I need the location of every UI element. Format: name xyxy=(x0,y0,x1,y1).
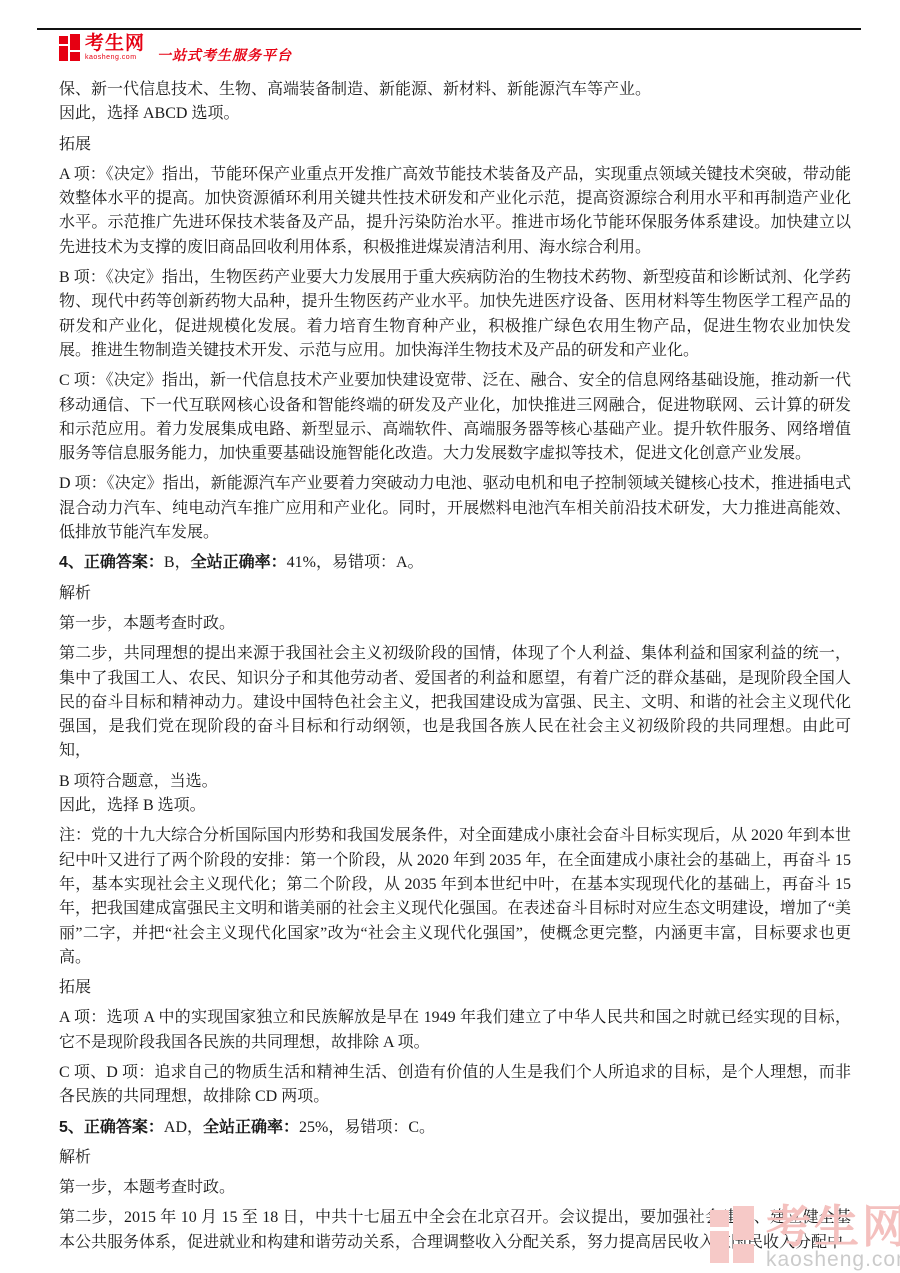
q4-selected-line: B 项符合题意，当选。 xyxy=(59,770,851,794)
q3-option-a-paragraph: A 项：《决定》指出，节能环保产业重点开发推广高效节能技术装备及产品，实现重点领… xyxy=(59,163,851,260)
brand-domain: kaosheng.com xyxy=(85,54,145,62)
q3-conclusion-line: 因此，选择 ABCD 选项。 xyxy=(59,102,851,126)
watermark: 考生网 kaosheng.com xyxy=(710,1206,900,1271)
q4-note-paragraph: 注：党的十九大综合分析国际国内形势和我国发展条件，对全面建成小康社会奋斗目标实现… xyxy=(59,824,851,970)
brand-block: 考生网 kaosheng.com xyxy=(85,34,145,62)
q4-expand-cd-paragraph: C 项、D 项：追求自己的物质生活和精神生活、创造有价值的人生是我们个人所追求的… xyxy=(59,1061,851,1110)
kaosheng-logo-icon xyxy=(59,34,80,61)
q5-analysis-label: 解析 xyxy=(59,1146,851,1170)
watermark-text-block: 考生网 kaosheng.com xyxy=(766,1206,900,1271)
q4-step2-paragraph: 第二步，共同理想的提出来源于我国社会主义初级阶段的国情，体现了个人利益、集体利益… xyxy=(59,642,851,763)
q5-step1-paragraph: 第一步，本题考查时政。 xyxy=(59,1176,851,1200)
q4-answer-label: 4、正确答案： xyxy=(59,554,164,571)
q4-answer-value: B， xyxy=(164,554,191,571)
kaosheng-watermark-logo-icon xyxy=(710,1206,756,1263)
brand-tagline: 一站式考生服务平台 xyxy=(157,45,292,65)
q4-rate-value: 41%，易错项：A。 xyxy=(287,554,424,571)
q3-expand-label: 拓展 xyxy=(59,133,851,157)
q4-conclusion-line: 因此，选择 B 选项。 xyxy=(59,794,851,818)
q3-option-b-paragraph: B 项：《决定》指出，生物医药产业要大力发展用于重大疾病防治的生物技术药物、新型… xyxy=(59,266,851,363)
q5-rate-value: 25%，易错项：C。 xyxy=(299,1119,435,1136)
header-divider-line xyxy=(37,28,861,30)
q3-option-d-paragraph: D 项：《决定》指出，新能源汽车产业要着力突破动力电池、驱动电机和电子控制领域关… xyxy=(59,472,851,545)
q5-rate-label: 全站正确率： xyxy=(203,1119,299,1136)
q5-answer-line: 5、正确答案：AD，全站正确率：25%，易错项：C。 xyxy=(59,1116,851,1140)
q4-expand-label: 拓展 xyxy=(59,976,851,1000)
q5-answer-label: 5、正确答案： xyxy=(59,1119,164,1136)
q3-conclusion-block: 保、新一代信息技术、生物、高端装备制造、新能源、新材料、新能源汽车等产业。 因此… xyxy=(59,78,851,127)
site-header: 考生网 kaosheng.com 一站式考生服务平台 xyxy=(59,34,292,65)
q4-expand-a-paragraph: A 项：选项 A 中的实现国家独立和民族解放是早在 1949 年我们建立了中华人… xyxy=(59,1006,851,1055)
q4-analysis-label: 解析 xyxy=(59,582,851,606)
q4-conclusion-block: B 项符合题意，当选。 因此，选择 B 选项。 xyxy=(59,770,851,819)
q5-answer-value: AD， xyxy=(164,1119,203,1136)
brand-name: 考生网 xyxy=(85,34,145,53)
watermark-domain: kaosheng.com xyxy=(766,1249,900,1271)
watermark-brand: 考生网 xyxy=(766,1206,900,1248)
q4-answer-line: 4、正确答案：B，全站正确率：41%，易错项：A。 xyxy=(59,551,851,575)
q4-rate-label: 全站正确率： xyxy=(191,554,287,571)
document-body: 保、新一代信息技术、生物、高端装备制造、新能源、新材料、新能源汽车等产业。 因此… xyxy=(59,72,851,1261)
q3-option-c-paragraph: C 项：《决定》指出，新一代信息技术产业要加快建设宽带、泛在、融合、安全的信息网… xyxy=(59,369,851,466)
q4-step1-paragraph: 第一步，本题考查时政。 xyxy=(59,612,851,636)
q3-carryover-line: 保、新一代信息技术、生物、高端装备制造、新能源、新材料、新能源汽车等产业。 xyxy=(59,78,851,102)
